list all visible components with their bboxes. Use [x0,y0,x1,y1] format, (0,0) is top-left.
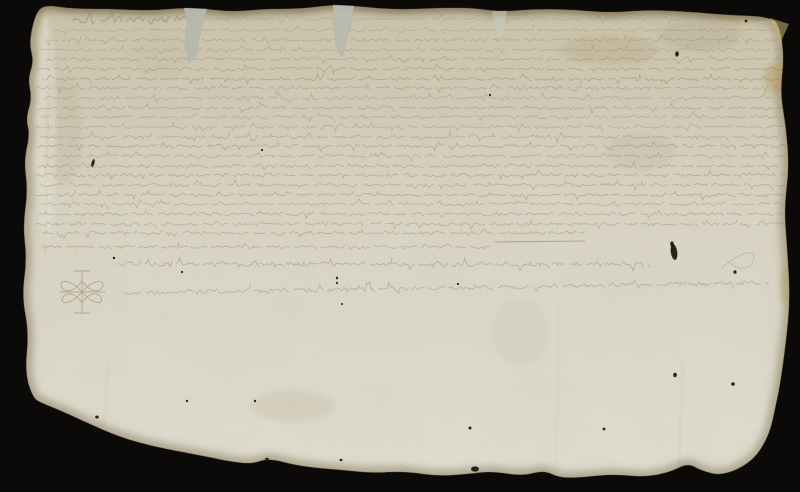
manuscript-photograph [0,0,800,492]
parchment-sheet [0,0,800,492]
parchment-scene [0,0,800,492]
paper-grain [0,0,800,492]
